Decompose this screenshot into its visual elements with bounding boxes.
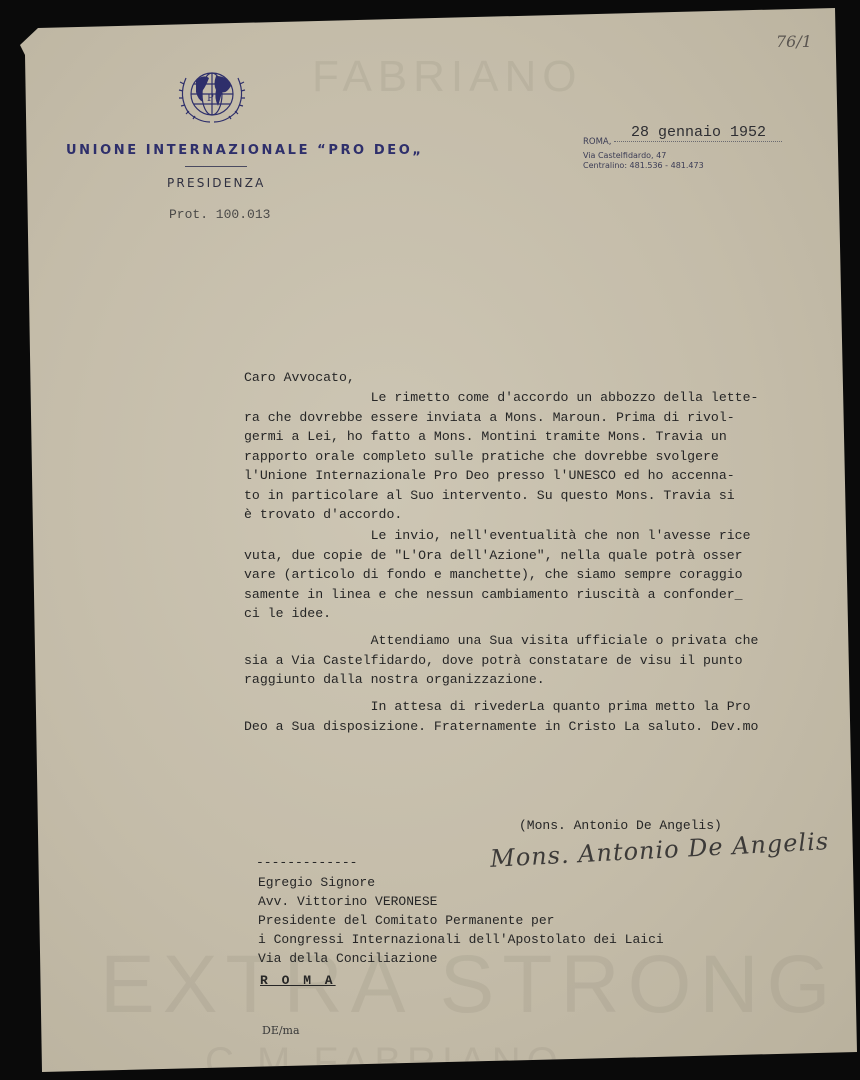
signatory-typed-name: (Mons. Antonio De Angelis) xyxy=(519,818,722,833)
recipient-line: Avv. Vittorino VERONESE xyxy=(258,892,664,911)
recipient-line: Via della Conciliazione xyxy=(258,949,664,968)
watermark-bottom-secondary: C.M.FABRIANO xyxy=(205,1040,564,1080)
recipient-separator: ------------- xyxy=(256,855,357,870)
salutation: Caro Avvocato, xyxy=(244,368,355,388)
office-name: PRESIDENZA xyxy=(167,176,266,190)
recipient-address: Egregio SignoreAvv. Vittorino VERONESEPr… xyxy=(258,873,664,968)
paragraph-4: In attesa di rivederLa quanto prima mett… xyxy=(244,697,758,736)
recipient-line: i Congressi Internazionali dell'Apostola… xyxy=(258,930,664,949)
letter-date: 28 gennaio 1952 xyxy=(631,124,766,141)
organization-name: UNIONE INTERNAZIONALE “PRO DEO„ xyxy=(66,143,424,158)
recipient-line: Egregio Signore xyxy=(258,873,664,892)
reference-initials: DE/ma xyxy=(262,1024,300,1037)
paragraph-2: Le invio, nell'eventualità che non l'ave… xyxy=(244,526,750,624)
protocol-number: Prot. 100.013 xyxy=(169,207,270,222)
dateline-place: ROMA, xyxy=(583,137,611,147)
sender-address: Via Castelfidardo, 47 xyxy=(583,151,666,160)
recipient-line: Presidente del Comitato Permanente per xyxy=(258,911,664,930)
sender-phone: Centralino: 481.536 - 481.473 xyxy=(583,161,704,170)
handwritten-signature: Mons. Antonio De Angelis xyxy=(489,827,829,873)
recipient-city: R O M A xyxy=(260,973,336,988)
letterhead-rule xyxy=(185,166,247,167)
watermark-top: FABRIANO xyxy=(312,52,583,102)
paragraph-3: Attendiamo una Sua visita ufficiale o pr… xyxy=(244,631,758,690)
svg-text:P: P xyxy=(207,93,214,104)
globe-wreath-emblem-icon: P xyxy=(176,64,248,126)
paragraph-1: Le rimetto come d'accordo un abbozzo del… xyxy=(244,388,758,525)
dateline-dotted-line xyxy=(614,141,782,142)
letter-paper: FABRIANO EXTRA STRONG C.M.FABRIANO 76/1 … xyxy=(0,0,860,1080)
archive-number: 76/1 xyxy=(776,32,812,51)
